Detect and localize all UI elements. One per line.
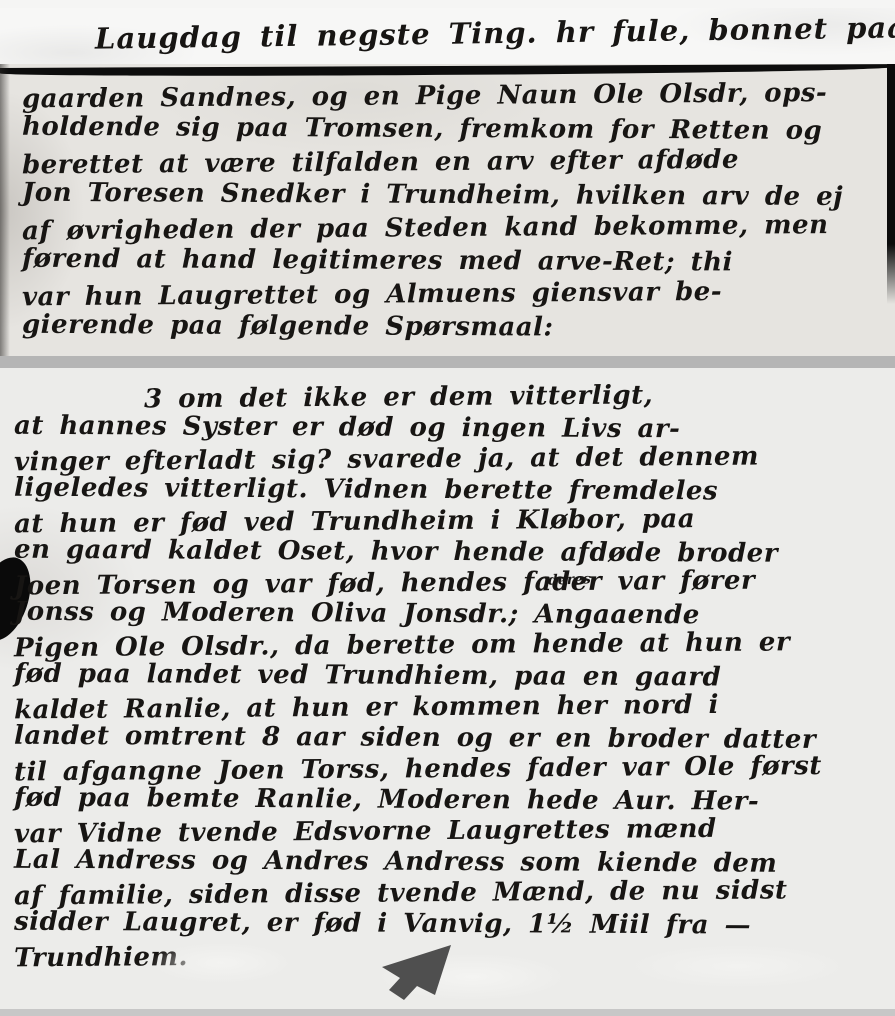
scan-fragment-1: gaarden Sandnes, og en Pige Naun Ole Ols… [0, 64, 895, 357]
page-bottom-edge [0, 1009, 895, 1016]
scan-separator-band [0, 356, 895, 368]
heading-handwriting-line: Laugdag til negste Ting. hr fule, bonnet… [95, 10, 895, 55]
page-edge-top-border [0, 64, 895, 77]
erased-area [130, 935, 890, 1005]
handwriting-line: gaarden Sandnes, og en Pige Naun Ole Ols… [22, 77, 882, 117]
page-edge-right-border [887, 64, 895, 304]
handwriting-line: af øvrigheden der paa Steden kand bekomm… [22, 209, 882, 249]
handwriting-line: gierende paa følgende Spørsmaal: [22, 309, 882, 347]
scanned-document-page: Laugdag til negste Ting. hr fule, bonnet… [0, 0, 895, 1016]
handwriting-line: Jon Toresen Snedker i Trundheim, hvilken… [22, 177, 882, 215]
page-edge-left-shadow [0, 64, 10, 357]
handwriting-line: holdende sig paa Tromsen, fremkom for Re… [22, 111, 882, 149]
scan-fragment-2: 3 om det ikke er dem vitterligt, at hann… [0, 368, 895, 1016]
handwriting-line: var hun Laugrettet og Almuens giensvar b… [22, 275, 882, 315]
pointer-arrow-icon [372, 938, 462, 1008]
interlinear-insertion-word: deres [548, 571, 591, 588]
handwriting-block-2: 3 om det ikke er dem vitterligt, at hann… [14, 382, 884, 971]
handwriting-block-1: gaarden Sandnes, og en Pige Naun Ole Ols… [22, 80, 882, 344]
handwriting-line: berettet at være tilfalden en arv efter … [22, 143, 882, 183]
heading-strip: Laugdag til negste Ting. hr fule, bonnet… [0, 8, 895, 64]
handwriting-line: førend at hand legitimeres med arve-Ret;… [22, 243, 882, 281]
